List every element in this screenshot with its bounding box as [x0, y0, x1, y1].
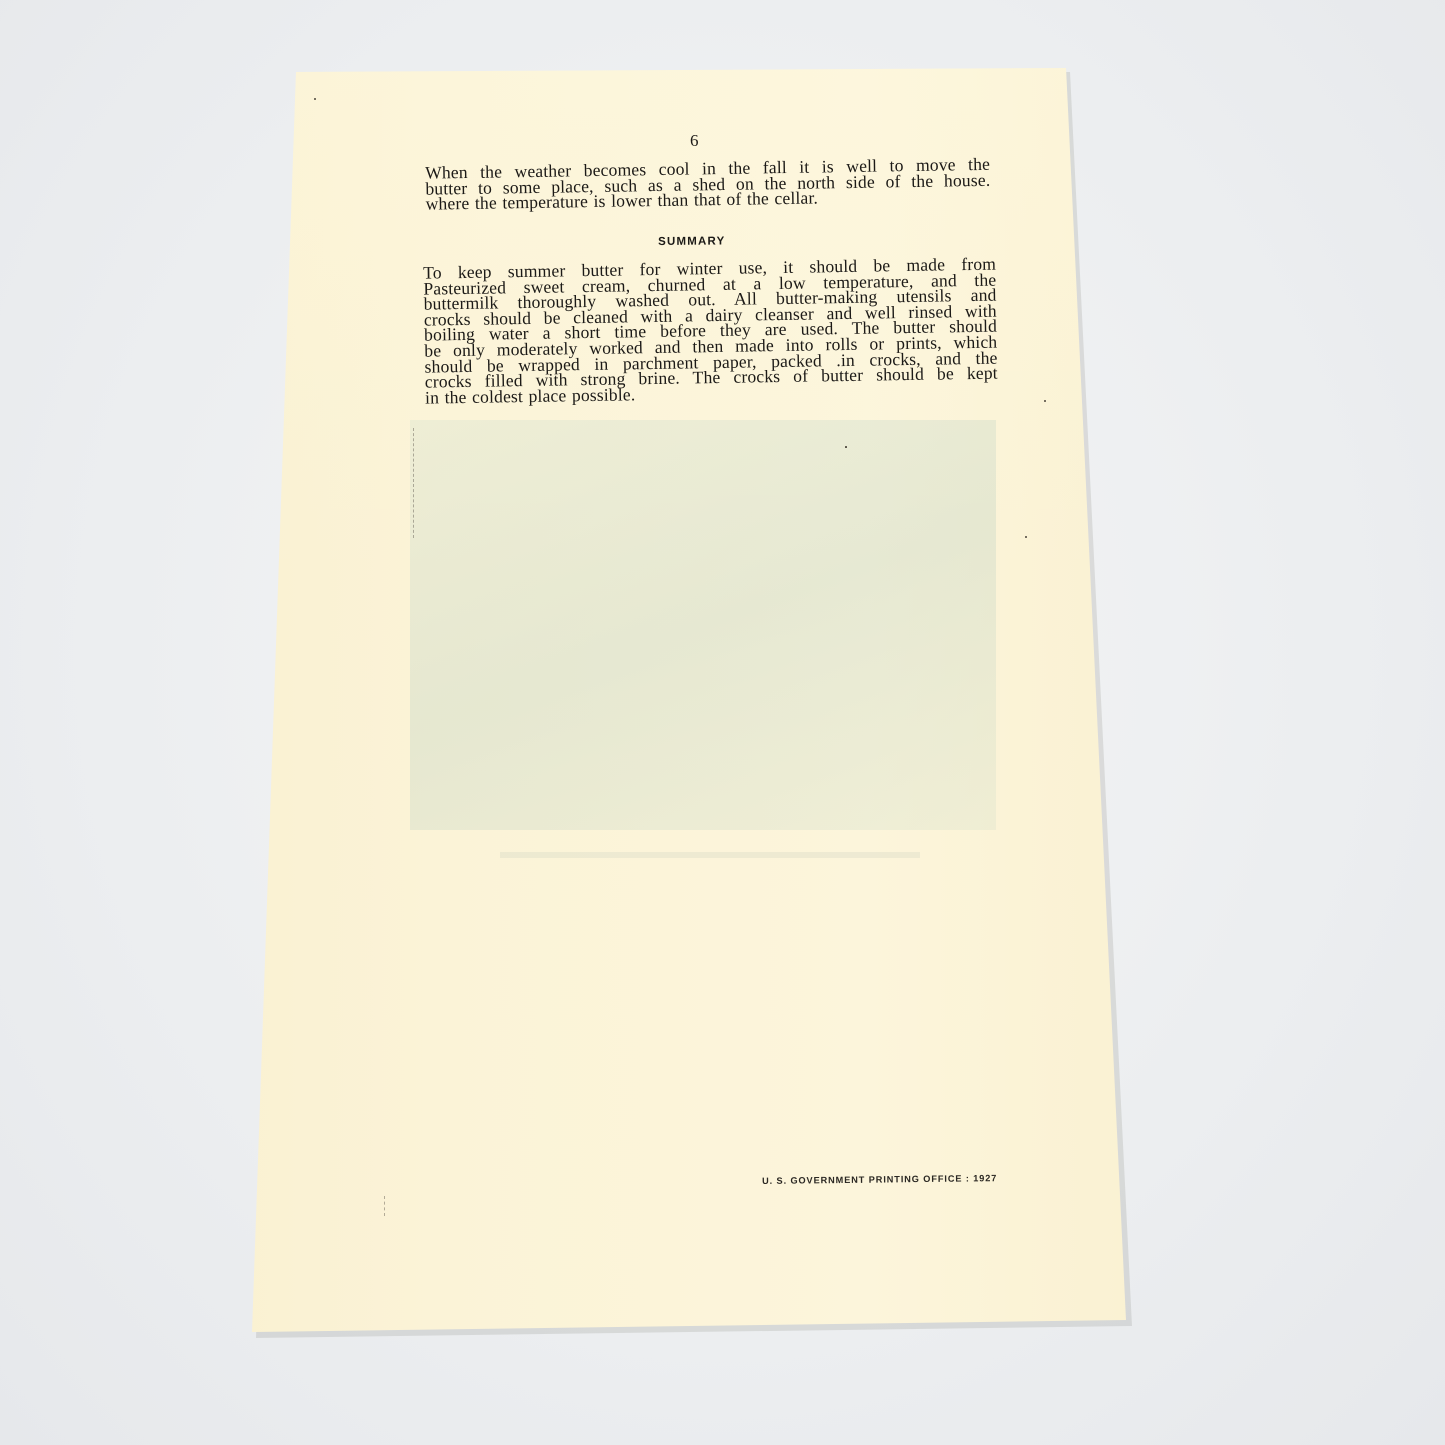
paragraph-storage-advice: When the weather becomes cool in the fal… [405, 157, 991, 213]
paper-speck [845, 446, 847, 448]
reverse-side-caption-showthrough [500, 852, 920, 858]
margin-guide-mark [384, 1196, 386, 1216]
page-number: 6 [690, 131, 699, 151]
section-heading-summary: SUMMARY [658, 235, 725, 248]
reverse-side-photo-showthrough [410, 420, 996, 830]
margin-guide-mark [413, 428, 415, 538]
paper-speck [1025, 536, 1027, 538]
paragraph-summary: To keep summer butter for winter use, it… [399, 257, 998, 407]
paper-speck [314, 98, 316, 100]
paper-speck [1044, 400, 1046, 402]
